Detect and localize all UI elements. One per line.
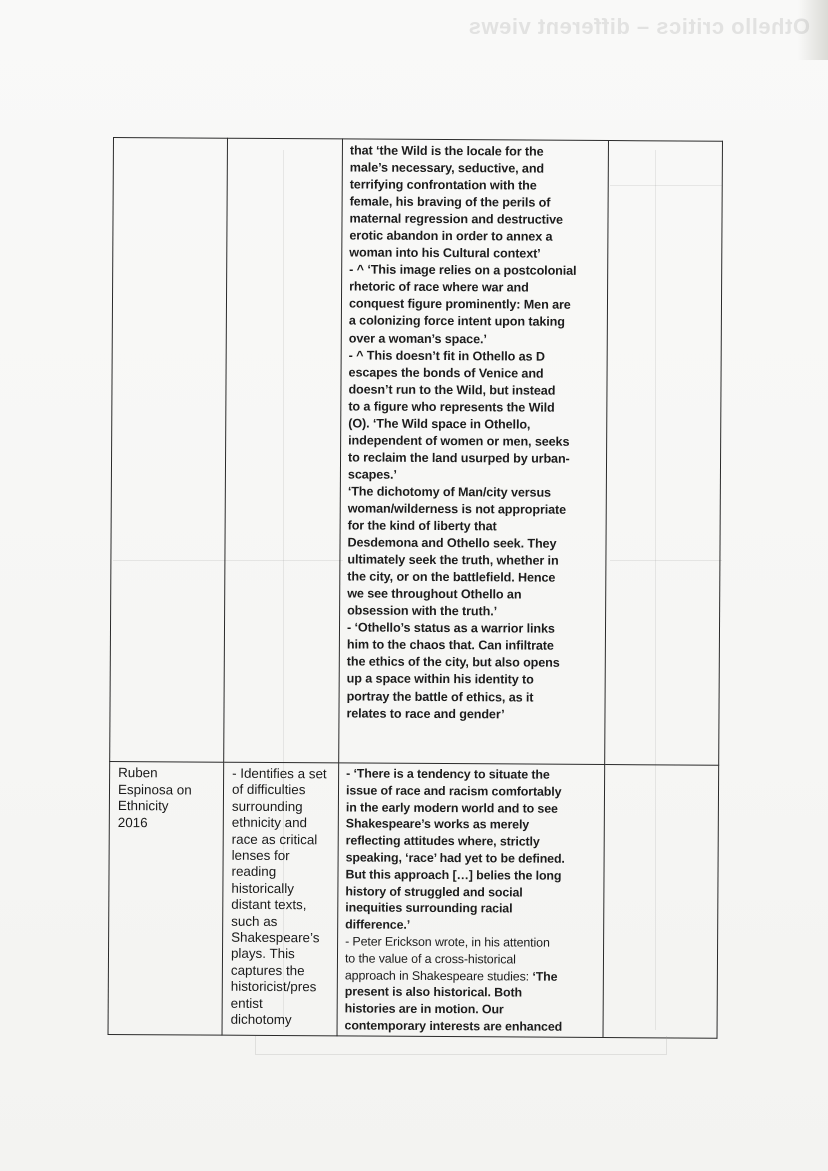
text-line: - ^ This doesn’t fit in Othello as D: [349, 347, 603, 366]
text-line: (O). ‘The Wild space in Othello,: [348, 415, 602, 434]
text-line: Ruben: [118, 765, 219, 782]
text-line: dichotomy: [231, 1012, 335, 1029]
text-line: we see throughout Othello an: [347, 586, 601, 605]
critic-cell: [110, 138, 228, 763]
text-line: Ethnicity: [118, 798, 219, 815]
text-line: maternal regression and destructive: [349, 211, 603, 230]
text-line: for the kind of liberty that: [348, 517, 602, 536]
critic-cell: RubenEspinosa onEthnicity2016: [108, 761, 224, 1035]
table-row: RubenEspinosa onEthnicity2016 - Identifi…: [108, 761, 719, 1038]
text-line: to reclaim the land usurped by urban-: [348, 449, 602, 468]
text-line: him to the chaos that. Can infiltrate: [347, 637, 601, 656]
text-line: history of struggled and social: [345, 883, 599, 901]
text-line: the city, or on the battlefield. Hence: [347, 569, 601, 588]
scanned-page: Othello critics – different views that ‘…: [0, 0, 828, 1171]
text-line: reflecting attitudes where, strictly: [346, 833, 600, 851]
bleed-through-box: [255, 1036, 667, 1055]
text-line: up a space within his identity to: [347, 671, 601, 690]
text-line: plays. This: [231, 946, 335, 963]
text-line: scapes.’: [348, 466, 602, 485]
text-line: ethnicity and: [232, 815, 336, 832]
text-line: ‘The dichotomy of Man/city versus: [348, 483, 602, 502]
text-line: present is also historical. Both: [345, 984, 599, 1002]
text-line: independent of women or men, seeks: [348, 432, 602, 451]
text-line: historicist/pres: [231, 979, 335, 996]
text-line: historically: [231, 881, 335, 898]
text-line: Desdemona and Othello seek. They: [347, 535, 601, 554]
text-line: erotic abandon in order to annex a: [349, 228, 603, 247]
text-line: distant texts,: [231, 897, 335, 914]
text-line: - ^ ‘This image relies on a postcolonial: [349, 262, 603, 281]
text-line: doesn’t run to the Wild, but instead: [348, 381, 602, 400]
text-line: a colonizing force intent upon taking: [349, 313, 603, 332]
text-line: surrounding: [232, 799, 336, 816]
critic-name: RubenEspinosa onEthnicity2016: [110, 762, 223, 832]
text-line: difference.’: [345, 917, 599, 935]
text-line: approach in Shakespeare studies: ‘The: [345, 967, 599, 985]
text-line: of difficulties: [232, 782, 336, 799]
text-line: 2016: [118, 815, 219, 832]
text-line: to a figure who represents the Wild: [348, 398, 602, 417]
text-line: that ‘the Wild is the locale for the: [350, 142, 604, 161]
text-line: speaking, ‘race’ had yet to be defined.: [346, 849, 600, 867]
text-line: - Identifies a set: [232, 766, 336, 783]
text-line: reading: [231, 864, 335, 881]
notes-cell: [605, 141, 723, 766]
text-line: male’s necessary, seductive, and: [350, 159, 604, 178]
text-line: But this approach […] belies the long: [345, 866, 599, 884]
text-line: over a woman’s space.’: [349, 330, 603, 349]
text-line: Shakespeare’s: [231, 930, 335, 947]
quotes-cell: - ‘There is a tendency to situate theiss…: [337, 763, 605, 1038]
text-line: escapes the bonds of Venice and: [349, 364, 603, 383]
view-cell: - Identifies a setof difficultiessurroun…: [222, 762, 339, 1036]
text-line: such as: [231, 913, 335, 930]
text-line: - Peter Erickson wrote, in his attention: [345, 933, 599, 951]
text-line: relates to race and gender’: [346, 705, 600, 724]
view-cell: [224, 138, 343, 763]
text-line: woman into his Cultural context’: [349, 245, 603, 264]
text-line: terrifying confrontation with the: [350, 177, 604, 196]
text-line: - ‘There is a tendency to situate the: [346, 765, 600, 783]
critic-view: - Identifies a setof difficultiessurroun…: [223, 763, 339, 1029]
table-row: that ‘the Wild is the locale for themale…: [110, 138, 723, 766]
text-line: woman/wilderness is not appropriate: [348, 500, 602, 519]
text-line: to the value of a cross-historical: [345, 950, 599, 968]
text-line: portray the battle of ethics, as it: [347, 688, 601, 707]
text-line: contemporary interests are enhanced: [345, 1017, 599, 1035]
text-line: inequities surrounding racial: [345, 900, 599, 918]
text-line: race as critical: [232, 831, 336, 848]
quotes-text: that ‘the Wild is the locale for themale…: [339, 139, 608, 723]
text-line: Espinosa on: [118, 782, 219, 799]
notes-cell: [603, 765, 719, 1039]
quotes-cell: that ‘the Wild is the locale for themale…: [339, 139, 609, 765]
text-line: Shakespeare’s works as merely: [346, 816, 600, 834]
text-line: captures the: [231, 963, 335, 980]
text-line: rhetoric of race where war and: [349, 279, 603, 298]
text-line: in the early modern world and to see: [346, 799, 600, 817]
text-line: conquest figure prominently: Men are: [349, 296, 603, 315]
text-line: ultimately seek the truth, whether in: [347, 552, 601, 571]
text-line: female, his braving of the perils of: [350, 194, 604, 213]
text-line: lenses for: [232, 848, 336, 865]
critics-table: that ‘the Wild is the locale for themale…: [108, 137, 723, 1039]
bleed-through-header: Othello critics – different views: [480, 14, 810, 40]
text-line: entist: [231, 995, 335, 1012]
text-line: histories are in motion. Our: [345, 1001, 599, 1019]
text-line: issue of race and racism comfortably: [346, 782, 600, 800]
text-line: the ethics of the city, but also opens: [347, 654, 601, 673]
quotes-text: - ‘There is a tendency to situate theiss…: [338, 763, 605, 1035]
text-line: - ‘Othello’s status as a warrior links: [347, 620, 601, 639]
text-line: obsession with the truth.’: [347, 603, 601, 622]
